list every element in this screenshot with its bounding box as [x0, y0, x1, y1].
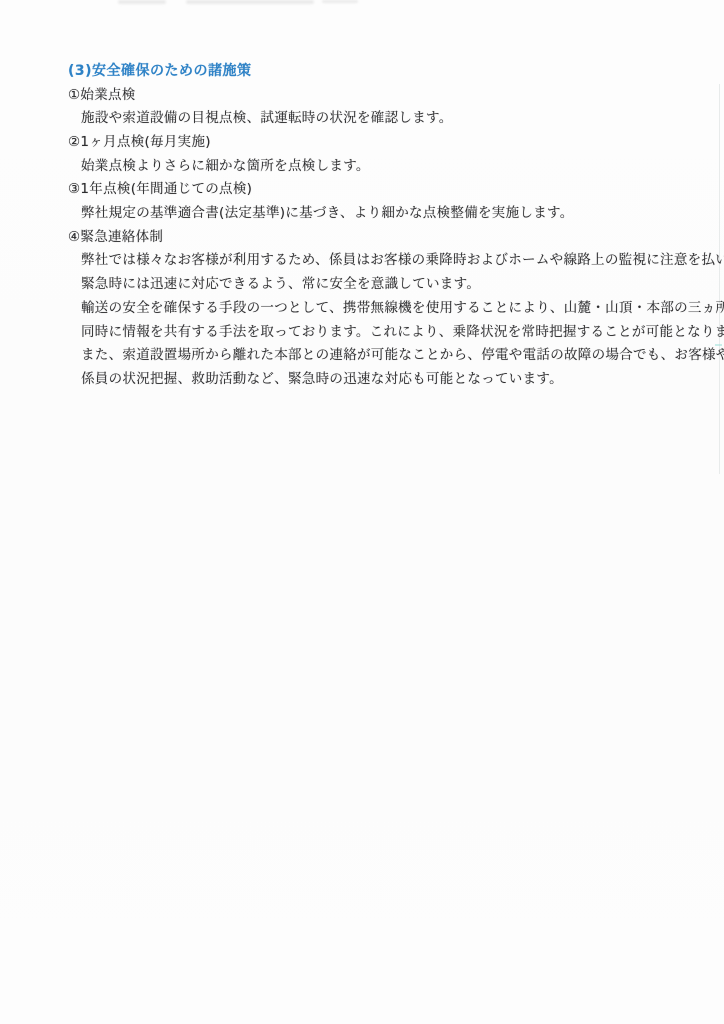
- item-4-line: 輸送の安全を確保する手段の一つとして、携帯無線機を使用することにより、山麓・山頂…: [68, 297, 688, 321]
- document-body: (3)安全確保のための諸施策 ①始業点検 施設や索道設備の目視点検、試運転時の状…: [68, 60, 688, 392]
- scanned-page: (3)安全確保のための諸施策 ①始業点検 施設や索道設備の目視点検、試運転時の状…: [0, 0, 724, 1024]
- item-2-title: ②1ヶ月点検(毎月実施): [68, 131, 688, 155]
- scan-artifact: [118, 0, 166, 4]
- item-4-line: 弊社では様々なお客様が利用するため、係員はお客様の乗降時およびホームや線路上の監…: [68, 249, 688, 273]
- item-4-line: また、索道設置場所から離れた本部との連絡が可能なことから、停電や電話の故障の場合…: [68, 344, 688, 368]
- scan-edge-tick: [715, 344, 722, 346]
- item-3-line: 弊社規定の基準適合書(法定基準)に基づき、より細かな点検整備を実施します。: [68, 202, 688, 226]
- item-2-line: 始業点検よりさらに細かな箇所を点検します。: [68, 155, 688, 179]
- item-3-title: ③1年点検(年間通じての点検): [68, 178, 688, 202]
- scan-artifact: [186, 0, 314, 4]
- item-4-line: 緊急時には迅速に対応できるよう、常に安全を意識しています。: [68, 273, 688, 297]
- item-1-line: 施設や索道設備の目視点検、試運転時の状況を確認します。: [68, 107, 688, 131]
- item-4-title: ④緊急連絡体制: [68, 226, 688, 250]
- scan-artifact: [322, 0, 358, 3]
- section-heading: (3)安全確保のための諸施策: [68, 60, 688, 84]
- item-4-line: 係員の状況把握、救助活動など、緊急時の迅速な対応も可能となっています。: [68, 368, 688, 392]
- item-1-title: ①始業点検: [68, 84, 688, 108]
- item-4-line: 同時に情報を共有する手法を取っております。これにより、乗降状況を常時把握すること…: [68, 321, 688, 345]
- scan-edge-line: [719, 84, 720, 474]
